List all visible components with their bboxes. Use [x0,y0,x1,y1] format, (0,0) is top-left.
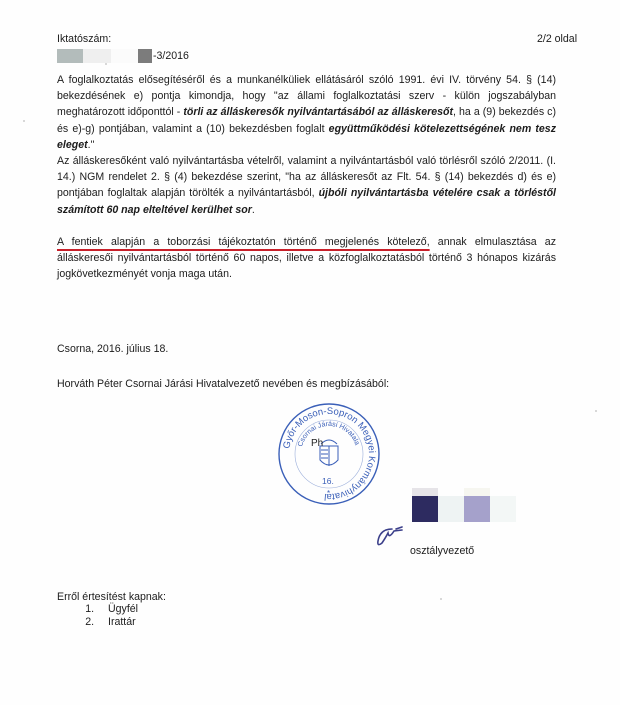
date-line: Csorna, 2016. július 18. [57,343,168,355]
scan-speck [595,410,597,412]
scan-speck [105,63,107,65]
filing-number: -3/2016 [57,49,189,63]
redacted-name [412,496,516,522]
redaction-block [438,496,464,522]
filing-number-suffix: -3/2016 [153,50,189,62]
emphasis-text: törli az álláskeresők nyilvántartásából … [183,106,453,118]
filing-number-label: Iktatószám: [57,33,111,45]
redaction-block [412,496,438,522]
page-number: 2/2 oldal [537,33,577,45]
paragraph-law-citation: A foglalkoztatás elősegítéséről és a mun… [57,72,556,153]
stamp-seal-icon: Győr-Moson-Sopron Megyei Kormányhivatal … [277,402,381,506]
signer-role: osztályvezető [410,545,474,557]
highlighted-text: A fentiek alapján a toborzási tájékoztat… [57,236,430,248]
recipients-heading: Erről értesítést kapnak: [57,591,166,603]
recipient-item: Ügyfél [97,603,166,615]
redaction-block [111,49,138,63]
scan-speck [440,598,442,600]
scan-speck [23,120,25,122]
redaction-block [464,496,490,522]
redaction-block [83,49,111,63]
svg-text:Ph: Ph [311,438,323,449]
redaction-block [57,49,83,63]
paragraph-conclusion: A fentiek alapján a toborzási tájékoztat… [57,234,556,283]
svg-text:16.: 16. [322,476,334,486]
redaction-block [138,49,152,63]
document-page: Iktatószám: 2/2 oldal -3/2016 A foglalko… [0,0,620,705]
text-run: ." [88,139,95,151]
official-stamp: Győr-Moson-Sopron Megyei Kormányhivatal … [277,402,381,506]
paragraph-decree-citation: Az álláskeresőként való nyilvántartásba … [57,153,556,218]
recipients-list: Erről értesítést kapnak: Ügyfél Irattár [57,591,166,628]
redaction-block [490,496,516,522]
recipient-item: Irattár [97,616,166,628]
text-run: . [252,204,255,216]
signoff-line: Horváth Péter Csornai Járási Hivatalveze… [57,378,389,390]
svg-text:*: * [327,489,330,498]
svg-text:Csornai Járási Hivatala: Csornai Járási Hivatala [297,421,360,448]
